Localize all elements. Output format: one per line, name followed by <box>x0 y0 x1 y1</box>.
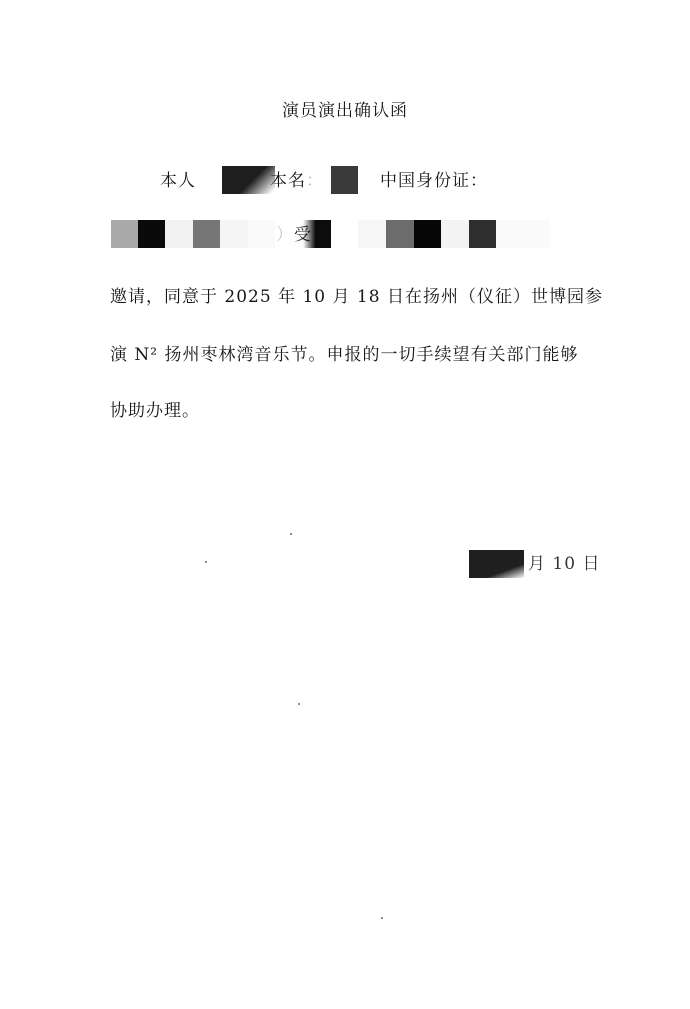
redaction-id-6 <box>248 220 275 248</box>
redaction-id-3 <box>165 220 193 248</box>
redaction-inviter-7 <box>496 220 550 248</box>
redaction-id-1 <box>111 220 138 248</box>
redaction-inviter-4 <box>414 220 441 248</box>
text-real-name-label: 本名 <box>270 167 306 195</box>
redaction-inviter-6 <box>469 220 496 248</box>
redaction-inviter-5 <box>441 220 469 248</box>
text-paren-close: ） <box>276 221 294 249</box>
text-received: 受 <box>294 221 312 249</box>
redaction-id-5 <box>220 220 248 248</box>
text-date-suffix: 月 10 日 <box>528 550 600 578</box>
text-self-prefix: 本人 <box>160 167 196 195</box>
scan-speck <box>290 533 292 535</box>
document-title: 演员演出确认函 <box>0 96 690 121</box>
redaction-inviter-2 <box>358 220 386 248</box>
redaction-id-2 <box>138 220 165 248</box>
redaction-stage-name <box>222 166 275 194</box>
text-body-line-2: 演 N² 扬州枣林湾音乐节。申报的一切手续望有关部门能够 <box>110 341 579 369</box>
redaction-real-name <box>331 166 358 194</box>
redaction-id-4 <box>193 220 220 248</box>
scan-speck <box>298 703 300 705</box>
redaction-inviter-3 <box>386 220 414 248</box>
text-id-label: 中国身份证： <box>380 167 488 195</box>
text-colon-mark: ： <box>306 167 324 195</box>
scan-speck <box>205 561 207 563</box>
redaction-date <box>469 550 524 578</box>
text-body-line-3: 协助办理。 <box>110 397 200 425</box>
text-body-line-1: 邀请，同意于 2025 年 10 月 18 日在扬州（仪征）世博园参 <box>110 283 603 311</box>
scan-speck <box>381 917 383 919</box>
